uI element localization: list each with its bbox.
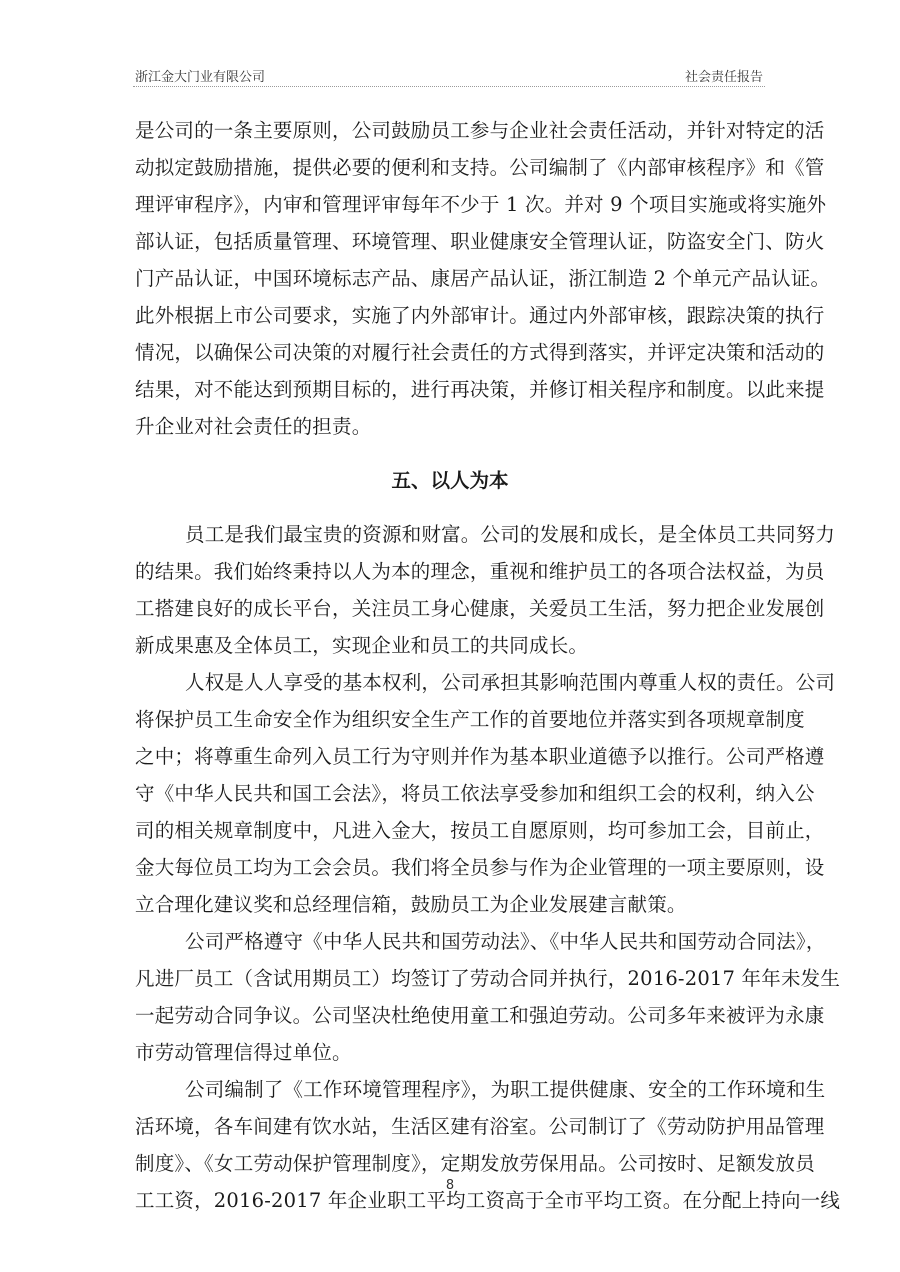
text-line: 动拟定鼓励措施，提供必要的便利和支持。公司编制了《内部审核程序》和《管	[135, 149, 765, 186]
text-line: 立合理化建议奖和总经理信箱，鼓励员工为企业发展建言献策。	[135, 886, 765, 923]
text-line: 理评审程序》，内审和管理评审每年不少于 1 次。并对 9 个项目实施或将实施外	[135, 186, 765, 223]
text-line: 凡进厂员工（含试用期员工）均签订了劳动合同并执行，2016-2017 年年未发生	[135, 960, 765, 997]
section-heading: 五、以人为本	[135, 445, 765, 516]
text-line: 工搭建良好的成长平台，关注员工身心健康，关爱员工生活，努力把企业发展创	[135, 590, 765, 627]
text-line: 司的相关规章制度中，凡进入金大，按员工自愿原则，均可参加工会，目前止，	[135, 812, 765, 849]
text-line: 公司编制了《工作环境管理程序》，为职工提供健康、安全的工作环境和生	[135, 1071, 765, 1108]
text-line: 之中；将尊重生命列入员工行为守则并作为基本职业道德予以推行。公司严格遵	[135, 738, 765, 775]
paragraph: 公司严格遵守《中华人民共和国劳动法》、《中华人民共和国劳动合同法》， 凡进厂员工…	[135, 923, 765, 1071]
header-company-name: 浙江金大门业有限公司	[135, 66, 265, 85]
text-line: 结果，对不能达到预期目标的，进行再决策，并修订相关程序和制度。以此来提	[135, 371, 765, 408]
header-report-title: 社会责任报告	[685, 66, 763, 85]
page-number: 8	[0, 1178, 900, 1193]
text-line: 的结果。我们始终秉持以人为本的理念，重视和维护员工的各项合法权益，为员	[135, 553, 765, 590]
text-line: 情况，以确保公司决策的对履行社会责任的方式得到落实，并评定决策和活动的	[135, 334, 765, 371]
paragraph: 公司编制了《工作环境管理程序》，为职工提供健康、安全的工作环境和生 活环境，各车…	[135, 1071, 765, 1219]
text-line: 是公司的一条主要原则，公司鼓励员工参与企业社会责任活动，并针对特定的活	[135, 112, 765, 149]
text-line: 活环境，各车间建有饮水站，生活区建有浴室。公司制订了《劳动防护用品管理	[135, 1108, 765, 1145]
text-line: 员工是我们最宝贵的资源和财富。公司的发展和成长，是全体员工共同努力	[135, 516, 765, 553]
text-line: 一起劳动合同争议。公司坚决杜绝使用童工和强迫劳动。公司多年来被评为永康	[135, 997, 765, 1034]
text-line: 升企业对社会责任的担责。	[135, 408, 765, 445]
text-line: 制度》、《女工劳动保护管理制度》，定期发放劳保用品。公司按时、足额发放员	[135, 1145, 765, 1182]
text-line: 门产品认证，中国环境标志产品、康居产品认证，浙江制造 2 个单元产品认证。	[135, 260, 765, 297]
paragraph: 员工是我们最宝贵的资源和财富。公司的发展和成长，是全体员工共同努力 的结果。我们…	[135, 516, 765, 664]
paragraph: 人权是人人享受的基本权利，公司承担其影响范围内尊重人权的责任。公司 将保护员工生…	[135, 664, 765, 923]
document-body: 是公司的一条主要原则，公司鼓励员工参与企业社会责任活动，并针对特定的活 动拟定鼓…	[135, 112, 765, 1219]
text-line: 公司严格遵守《中华人民共和国劳动法》、《中华人民共和国劳动合同法》，	[135, 923, 765, 960]
text-line: 将保护员工生命安全作为组织安全生产工作的首要地位并落实到各项规章制度	[135, 701, 765, 738]
text-line: 守《中华人民共和国工会法》，将员工依法享受参加和组织工会的权利，纳入公	[135, 775, 765, 812]
text-line: 市劳动管理信得过单位。	[135, 1034, 765, 1071]
text-line: 此外根据上市公司要求，实施了内外部审计。通过内外部审核，跟踪决策的执行	[135, 297, 765, 334]
text-line: 新成果惠及全体员工，实现企业和员工的共同成长。	[135, 627, 765, 664]
text-line: 金大每位员工均为工会会员。我们将全员参与作为企业管理的一项主要原则，设	[135, 849, 765, 886]
text-line: 部认证，包括质量管理、环境管理、职业健康安全管理认证，防盗安全门、防火	[135, 223, 765, 260]
page-header: 浙江金大门业有限公司 社会责任报告	[133, 62, 765, 87]
paragraph: 是公司的一条主要原则，公司鼓励员工参与企业社会责任活动，并针对特定的活 动拟定鼓…	[135, 112, 765, 445]
text-line: 人权是人人享受的基本权利，公司承担其影响范围内尊重人权的责任。公司	[135, 664, 765, 701]
